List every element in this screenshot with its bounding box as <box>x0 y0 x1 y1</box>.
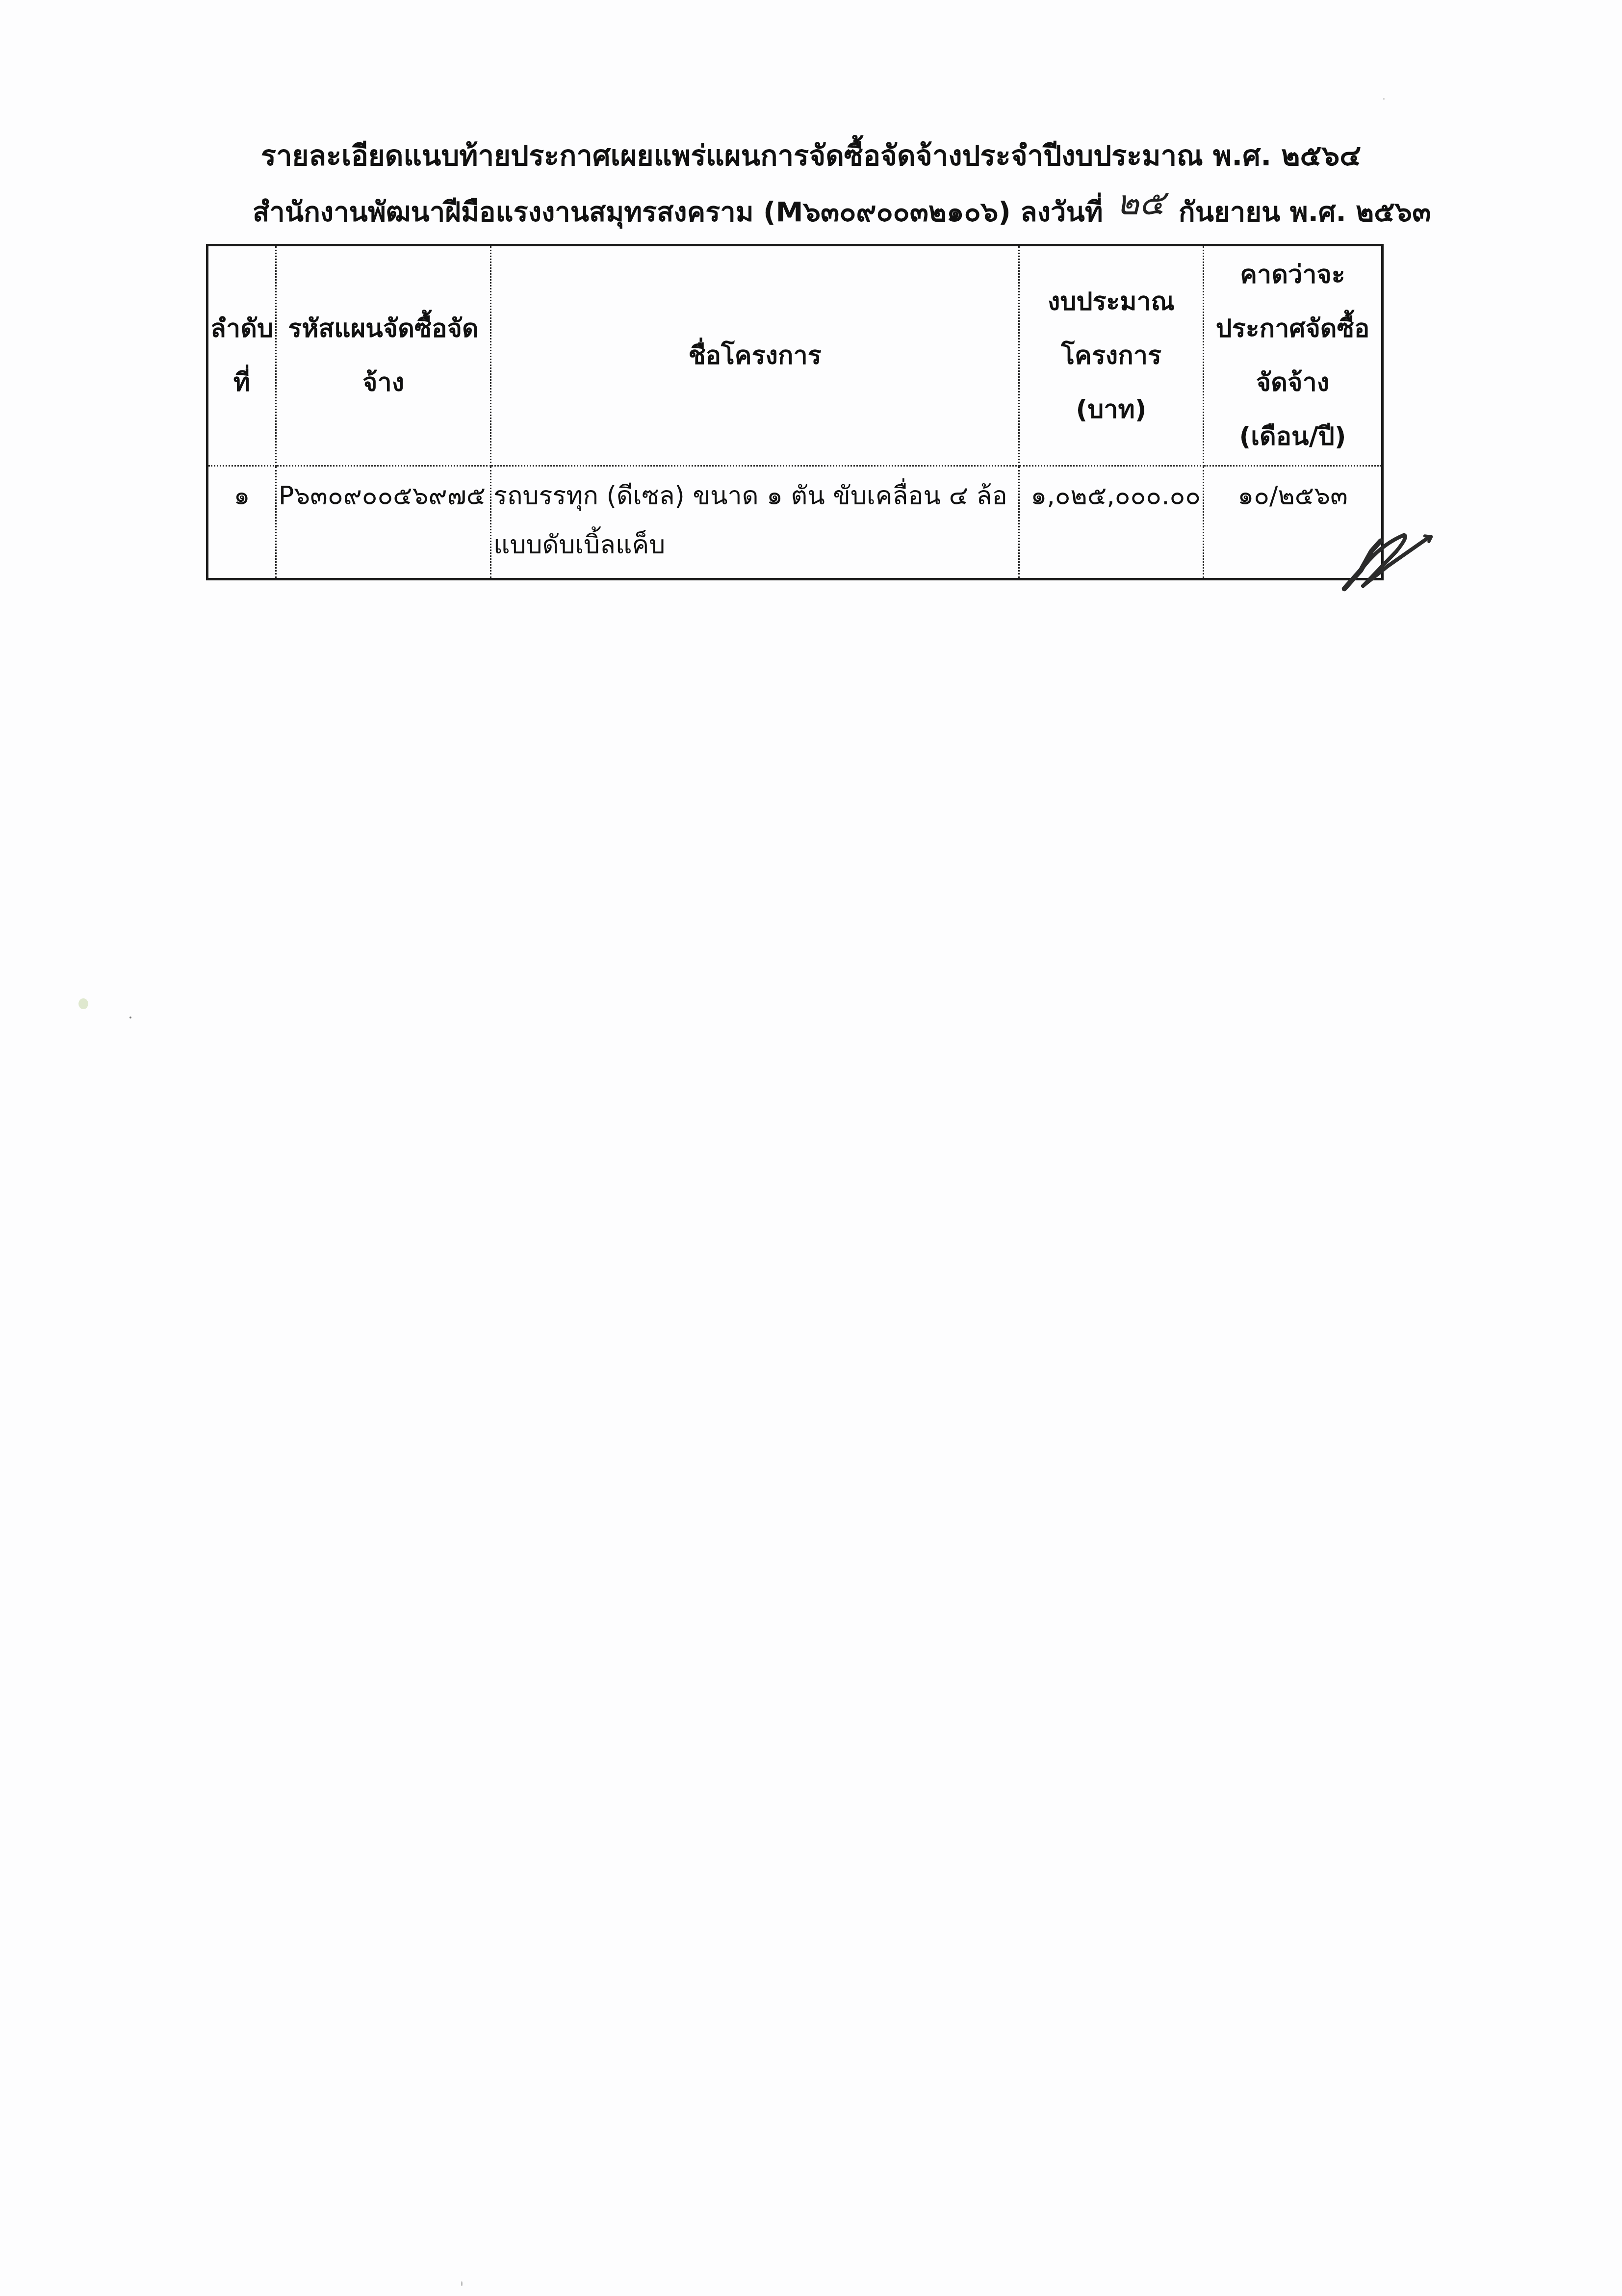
cell-seq-no: ๑ <box>207 466 276 579</box>
cell-budget: ๑,๐๒๕,๐๐๐.๐๐ <box>1019 466 1204 579</box>
subtitle-suffix: กันยายน พ.ศ. ๒๕๖๓ <box>1179 196 1431 228</box>
header-project-name: ชื่อโครงการ <box>491 245 1019 466</box>
cell-plan-code: P๖๓๐๙๐๐๕๖๙๗๕ <box>276 466 491 579</box>
procurement-plan-table: ลำดับ ที่ รหัสแผนจัดซื้อจัด จ้าง ชื่อโคร… <box>206 244 1384 580</box>
scan-speck <box>129 1017 131 1018</box>
signature-mark <box>1324 520 1452 603</box>
header-plan-code: รหัสแผนจัดซื้อจัด จ้าง <box>276 245 491 466</box>
subtitle-prefix: สำนักงานพัฒนาฝีมือแรงงานสมุทรสงคราม (M๖๓… <box>253 196 1103 228</box>
document-title: รายละเอียดแนบท้ายประกาศเผยแพร่แผนการจัดซ… <box>0 133 1622 178</box>
document-subtitle: สำนักงานพัฒนาฝีมือแรงงานสมุทรสงคราม (M๖๓… <box>253 187 1381 235</box>
header-seq-no: ลำดับ ที่ <box>207 245 276 466</box>
handwritten-day: ๒๕ <box>1116 181 1165 225</box>
scan-speck <box>78 998 88 1009</box>
header-expected-date: คาดว่าจะ ประกาศจัดซื้อ จัดจ้าง (เดือน/ปี… <box>1204 245 1383 466</box>
table-row: ๑ P๖๓๐๙๐๐๕๖๙๗๕ รถบรรทุก (ดีเซล) ขนาด ๑ ต… <box>207 466 1383 579</box>
table-header-row: ลำดับ ที่ รหัสแผนจัดซื้อจัด จ้าง ชื่อโคร… <box>207 245 1383 466</box>
scan-speck <box>1383 98 1385 100</box>
cell-project-name: รถบรรทุก (ดีเซล) ขนาด ๑ ตัน ขับเคลื่อน ๔… <box>491 466 1019 579</box>
header-budget: งบประมาณ โครงการ (บาท) <box>1019 245 1204 466</box>
scan-speck <box>461 2281 463 2286</box>
